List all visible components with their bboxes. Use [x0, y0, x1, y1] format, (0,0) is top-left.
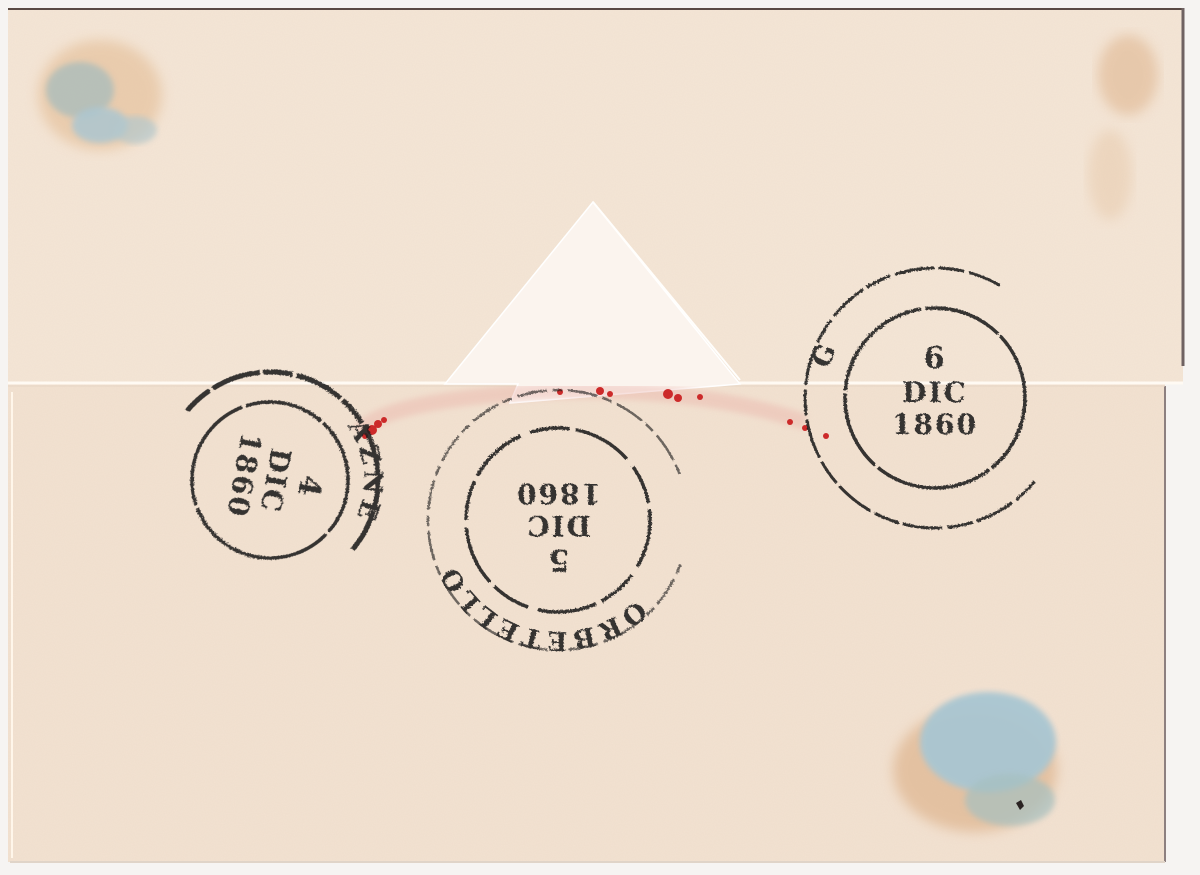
stain-top-left — [38, 40, 162, 150]
svg-text:DIC: DIC — [525, 509, 591, 542]
svg-text:DIC: DIC — [902, 376, 968, 409]
svg-text:6: 6 — [924, 341, 947, 376]
svg-text:1860: 1860 — [892, 408, 978, 441]
letter-photo: AZNE4DIC1860 ORBETELLO5DIC1860 G6DIC1860… — [0, 0, 1200, 875]
svg-text:5: 5 — [547, 542, 570, 577]
svg-text:1860: 1860 — [515, 477, 601, 510]
